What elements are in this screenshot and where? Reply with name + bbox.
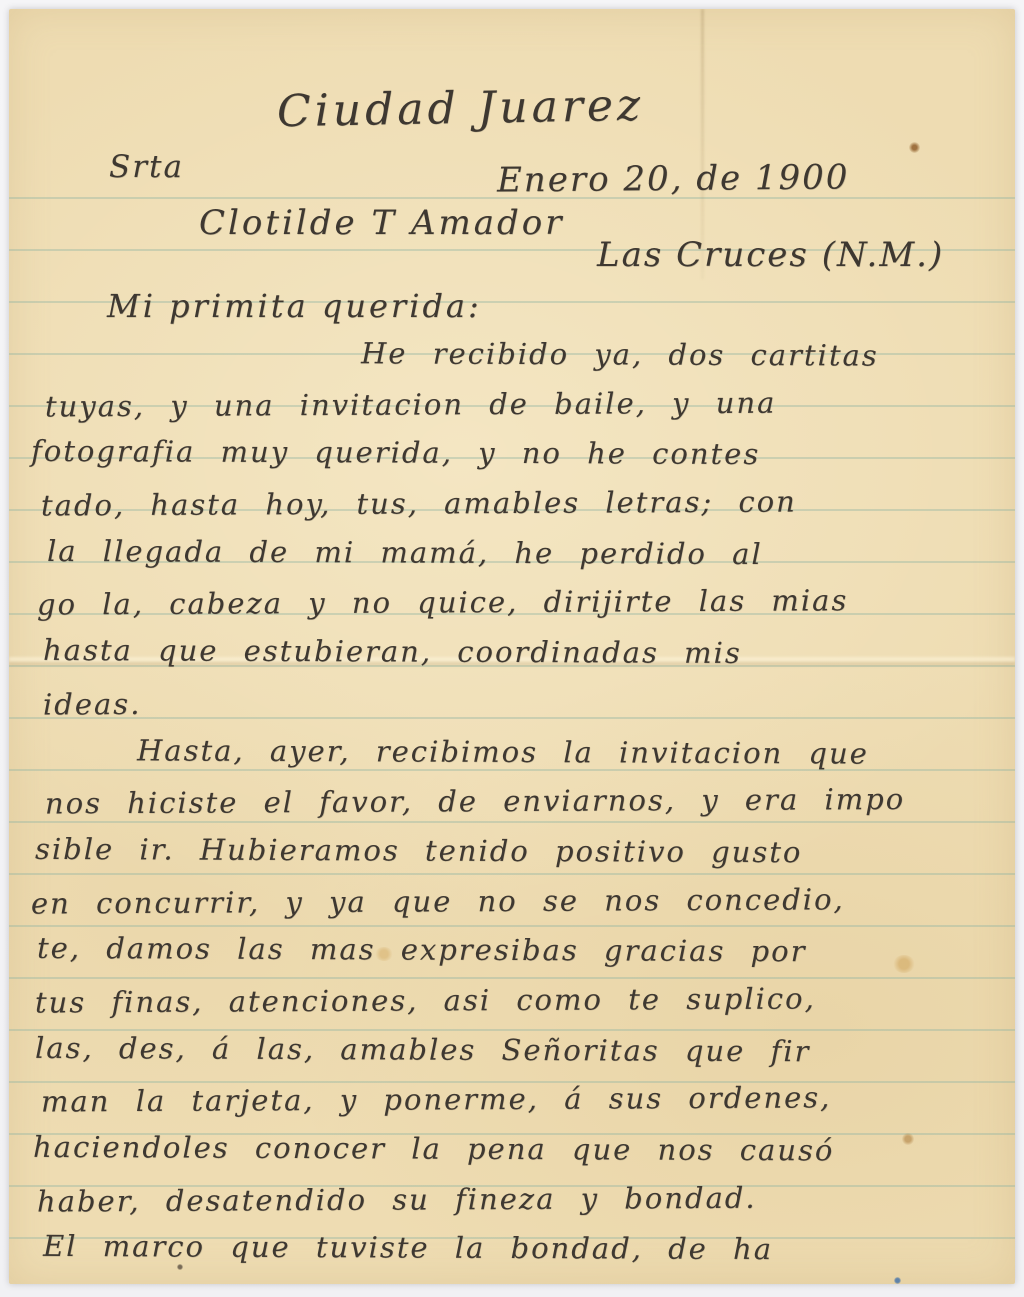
letter-line: haciendoles conocer la pena que nos caus…: [31, 1130, 1007, 1184]
letter-body: He recibido ya, dos cartitas tuyas, y un…: [31, 337, 1007, 1281]
letter-line-text: tado, hasta hoy, tus, amables letras; co…: [41, 485, 797, 523]
letter-line: la llegada de mi mamá, he perdido al: [31, 534, 1007, 588]
letter-line-text: sible ir. Hubieramos tenido positivo gus…: [35, 832, 803, 869]
letter-line-text: fotografia muy querida, y no he contes: [31, 434, 760, 471]
letter-line-text: haciendoles conocer la pena que nos caus…: [33, 1130, 834, 1167]
letter-line-text: Hasta, ayer, recibimos la invitacion que: [137, 733, 869, 770]
letter-line: nos hiciste el favor, de enviarnos, y er…: [31, 782, 1007, 837]
letter-line: te, damos las mas expresibas gracias por: [31, 931, 1007, 985]
letter-line-text: la llegada de mi mamá, he perdido al: [47, 534, 763, 571]
recipient-name: Clotilde T Amador: [199, 203, 565, 243]
letter-line: ideas.: [31, 682, 1007, 737]
letter-line-text: ideas.: [43, 687, 142, 722]
letter-line: tado, hasta hoy, tus, amables letras; co…: [31, 484, 1007, 539]
letter-line-text: en concurrir, y ya que no se nos concedi…: [31, 882, 845, 920]
recipient-location: Las Cruces (N.M.): [597, 235, 944, 275]
letter-line: fotografia muy querida, y no he contes: [31, 434, 1007, 488]
letter-line: en concurrir, y ya que no se nos concedi…: [31, 881, 1007, 936]
letter-line-text: El marco que tuviste la bondad, de ha: [43, 1229, 773, 1266]
letter-line-text: tus finas, atenciones, asi como te supli…: [35, 981, 816, 1019]
letter-date-line: Enero 20, de 1900: [497, 157, 850, 200]
letter-place-line: Ciudad Juarez: [277, 80, 645, 137]
letter-line: tus finas, atenciones, asi como te supli…: [31, 980, 1007, 1035]
letter-line: hasta que estubieran, coordinadas mis: [31, 633, 1007, 687]
letter-line: go la, cabeza y no quice, dirijirte las …: [31, 583, 1007, 638]
letter-line: He recibido ya, dos cartitas: [31, 335, 1007, 389]
letter-line-text: He recibido ya, dos cartitas: [361, 336, 879, 372]
letter-line-text: las, des, á las, amables Señoritas que f…: [35, 1031, 810, 1068]
scan-background: Ciudad Juarez Srta Enero 20, de 1900 Clo…: [0, 0, 1024, 1297]
letter-line-text: man la tarjeta, y ponerme, á sus ordenes…: [41, 1081, 832, 1119]
letter-line: las, des, á las, amables Señoritas que f…: [31, 1030, 1007, 1084]
letter-line-text: te, damos las mas expresibas gracias por: [37, 931, 807, 968]
letter-line-text: hasta que estubieran, coordinadas mis: [43, 633, 742, 670]
letter-line: man la tarjeta, y ponerme, á sus ordenes…: [31, 1080, 1007, 1135]
letter-line-text: tuyas, y una invitacion de baile, y una: [45, 385, 777, 423]
letter-line-text: haber, desatendido su fineza y bondad.: [37, 1180, 757, 1218]
letter-line: El marco que tuviste la bondad, de ha: [31, 1229, 1007, 1283]
foxing-stain-spot: [909, 142, 920, 153]
letter-greeting: Mi primita querida:: [107, 287, 482, 325]
letter-line: haber, desatendido su fineza y bondad.: [31, 1179, 1007, 1234]
letter-line: sible ir. Hubieramos tenido positivo gus…: [31, 832, 1007, 886]
letter-paper: Ciudad Juarez Srta Enero 20, de 1900 Clo…: [9, 9, 1015, 1284]
letter-line: tuyas, y una invitacion de baile, y una: [31, 384, 1007, 439]
recipient-title: Srta: [109, 149, 184, 185]
letter-line: Hasta, ayer, recibimos la invitacion que: [31, 732, 1007, 786]
letter-line-text: go la, cabeza y no quice, dirijirte las …: [37, 584, 849, 622]
letter-line-text: nos hiciste el favor, de enviarnos, y er…: [45, 782, 905, 821]
